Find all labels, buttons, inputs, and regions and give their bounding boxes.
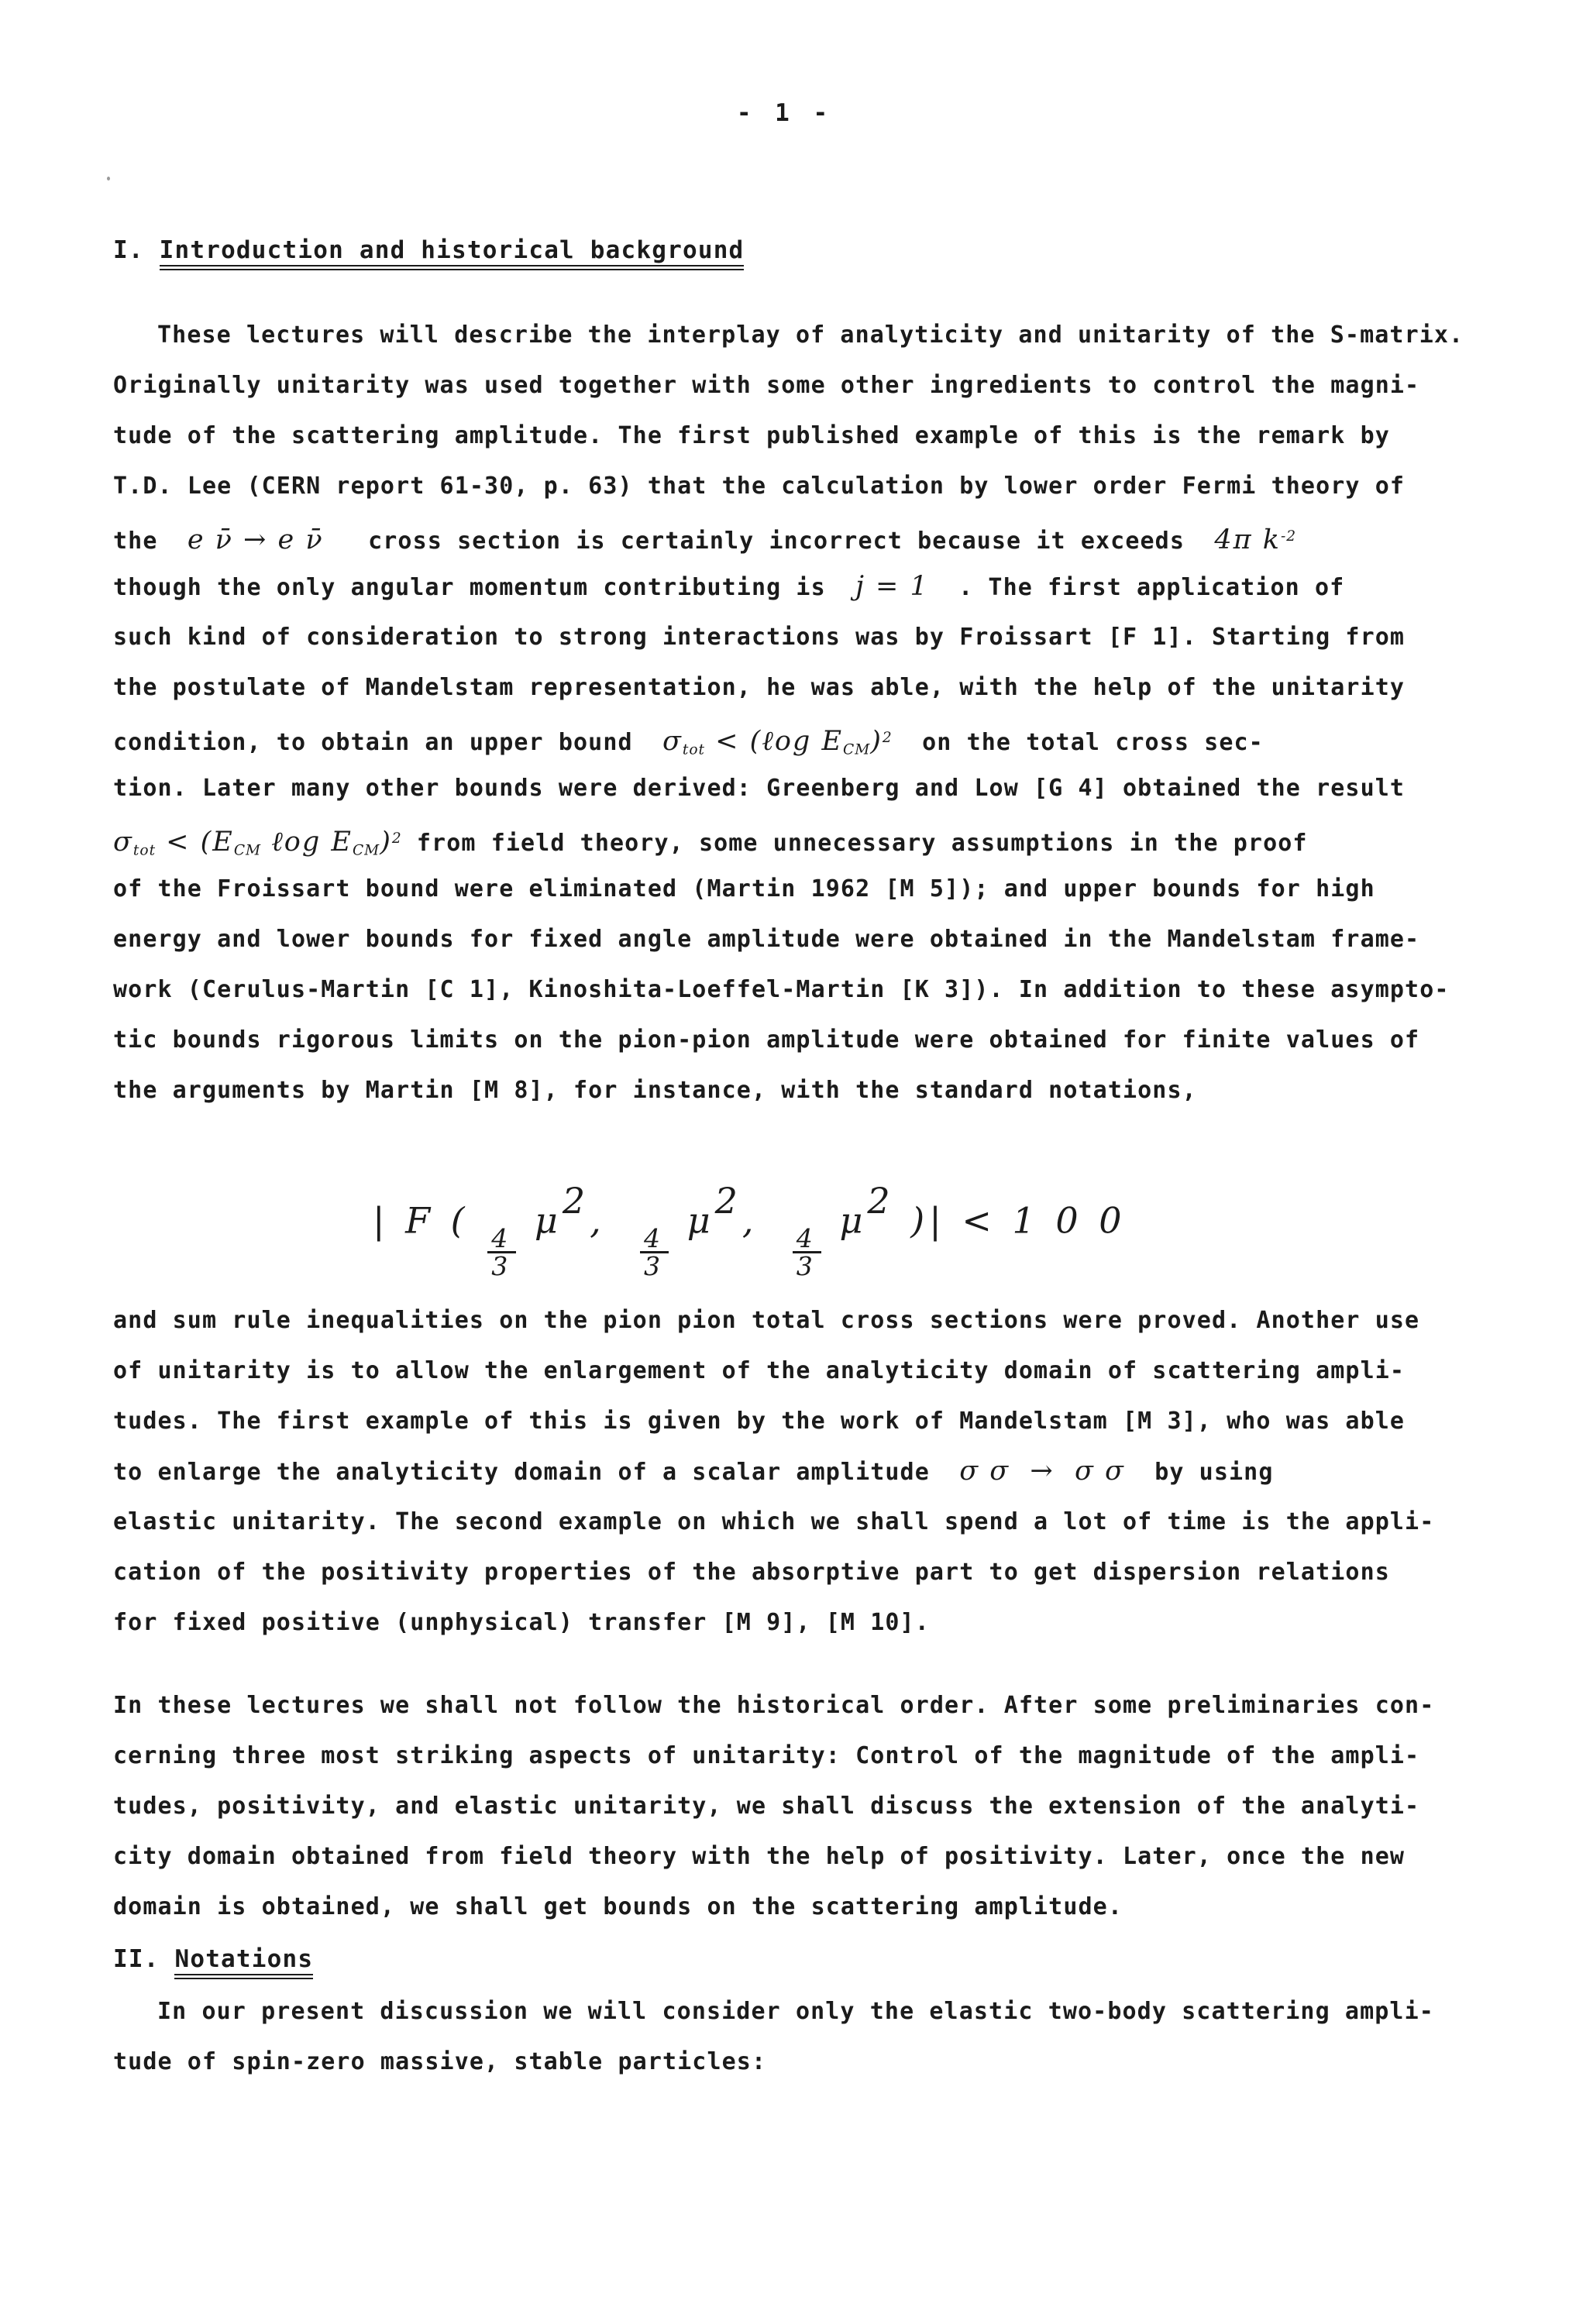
section-heading: II. Notations [113,1932,1477,1986]
text-run: cerning three most striking aspects of u… [113,1742,1419,1769]
document-content: I. Introduction and historical backgroun… [113,223,1477,2087]
text-run: of the Froissart bound were eliminated (… [113,875,1375,902]
scan-speck [107,177,110,180]
text-line: T.D. Lee (CERN report 61-30, p. 63) that… [113,461,1477,511]
text-line: tion. Later many other bounds were deriv… [113,763,1477,813]
math-run: -2 [1281,528,1296,545]
math-run: < (ℓog E [705,726,843,757]
text-line: domain is obtained, we shall get bounds … [113,1882,1477,1932]
text-line: for fixed positive (unphysical) transfer… [113,1597,1477,1648]
text-run: such kind of consideration to strong int… [113,624,1405,651]
text-run: and sum rule inequalities on the pion pi… [113,1307,1419,1334]
text-run: tudes. The first example of this is give… [113,1408,1405,1435]
text-line: the e ν̄ → e ν̄ cross section is certain… [113,511,1477,562]
math-run: 2 [392,830,402,847]
text-run: cross section is certainly incorrect bec… [324,528,1215,555]
fraction: 43 [487,1226,516,1281]
fraction-denominator: 3 [640,1253,669,1280]
math-run: , [590,1199,638,1241]
text-line: In our present discussion we will consid… [113,1986,1477,2037]
text-run: on the total cross sec- [893,729,1264,756]
text-run: These lectures will describe the interpl… [157,321,1464,349]
text-run: . The first application of [929,574,1345,601]
math-run: tot [683,741,705,758]
paragraph: These lectures will describe the interpl… [113,310,1477,1116]
fraction: 43 [793,1226,821,1281]
math-run: σ [113,827,133,858]
text-line: elastic unitarity. The second example on… [113,1497,1477,1547]
math-run: ) [870,726,883,757]
text-line: Originally unitarity was used together w… [113,360,1477,411]
section-heading: I. Introduction and historical backgroun… [113,223,1477,277]
math-run: ℓog E [261,827,353,858]
math-run: μ [518,1199,563,1241]
fraction-denominator: 3 [793,1253,821,1280]
text-line: such kind of consideration to strong int… [113,612,1477,662]
text-line: though the only angular momentum contrib… [113,562,1477,612]
math-run: ) [380,827,392,858]
text-run: T.D. Lee (CERN report 61-30, p. 63) that… [113,473,1405,500]
text-line: and sum rule inequalities on the pion pi… [113,1295,1477,1346]
math-run: 2 [867,1180,894,1222]
math-run: CM [234,842,261,858]
math-run: CM [353,842,380,858]
text-line: city domain obtained from field theory w… [113,1831,1477,1882]
display-formula: | F ( 43 μ2, 43 μ2, 43 μ2 )| < 1 0 0 [113,1150,1477,1252]
text-run: of unitarity is to allow the enlargement… [113,1357,1405,1384]
text-run: city domain obtained from field theory w… [113,1843,1405,1870]
text-line: condition, to obtain an upper bound σtot… [113,713,1477,763]
text-line: In these lectures we shall not follow th… [113,1680,1477,1731]
text-run: the postulate of Mandelstam representati… [113,674,1405,701]
text-run: tude of the scattering amplitude. The fi… [113,422,1390,449]
text-line: of unitarity is to allow the enlargement… [113,1346,1477,1396]
text-run: tic bounds rigorous limits on the pion-p… [113,1026,1419,1054]
text-line: cation of the positivity properties of t… [113,1547,1477,1597]
fraction-numerator: 4 [640,1226,669,1254]
math-run: tot [133,842,156,858]
paragraph: In our present discussion we will consid… [113,1986,1477,2087]
fraction: 43 [640,1226,669,1281]
math-run: 2 [715,1180,742,1222]
text-line: cerning three most striking aspects of u… [113,1731,1477,1781]
math-run: σ σ → σ σ [959,1456,1125,1487]
text-run: energy and lower bounds for fixed angle … [113,926,1419,953]
text-run: the [113,528,188,555]
section-title: Introduction and historical background [160,236,745,270]
fraction-denominator: 3 [487,1253,516,1280]
paragraph: In these lectures we shall not follow th… [113,1680,1477,1932]
text-run: In our present discussion we will consid… [157,1998,1434,2025]
text-line: to enlarge the analyticity domain of a s… [113,1446,1477,1497]
fraction-numerator: 4 [487,1226,516,1254]
math-run: )| < 1 0 0 [895,1199,1127,1241]
math-run: σ [662,726,683,757]
section-title: Notations [174,1945,313,1979]
math-run: μ [671,1199,715,1241]
text-run: the arguments by Martin [M 8], for insta… [113,1077,1197,1104]
page-number: - 1 - [0,99,1569,127]
text-line: tude of the scattering amplitude. The fi… [113,411,1477,461]
text-run: tude of spin-zero massive, stable partic… [113,2048,766,2075]
math-run: 2 [563,1180,590,1222]
math-run: < (E [156,827,234,858]
text-line: tude of spin-zero massive, stable partic… [113,2037,1477,2087]
text-run: cation of the positivity properties of t… [113,1559,1390,1586]
text-line: energy and lower bounds for fixed angle … [113,914,1477,964]
text-run: tion. Later many other bounds were deriv… [113,775,1405,802]
text-line: tudes, positivity, and elastic unitarity… [113,1781,1477,1831]
text-run: condition, to obtain an upper bound [113,729,662,756]
text-run: domain is obtained, we shall get bounds … [113,1893,1123,1920]
text-line: These lectures will describe the interpl… [113,310,1477,360]
text-run: work (Cerulus-Martin [C 1], Kinoshita-Lo… [113,976,1450,1003]
section-numeral: II. [113,1945,160,1973]
fraction-numerator: 4 [793,1226,821,1254]
text-run: Originally unitarity was used together w… [113,372,1419,399]
math-run: e ν̄ → e ν̄ [188,524,324,555]
math-run: , [742,1199,790,1241]
text-run: tudes, positivity, and elastic unitarity… [113,1793,1419,1820]
text-line: the postulate of Mandelstam representati… [113,662,1477,713]
section-numeral: I. [113,236,144,264]
text-line: tudes. The first example of this is give… [113,1396,1477,1446]
math-run: μ [824,1199,868,1241]
math-run: 2 [883,730,893,746]
text-run: though the only angular momentum contrib… [113,574,855,601]
text-run: by using [1125,1459,1274,1486]
text-line: tic bounds rigorous limits on the pion-p… [113,1015,1477,1065]
text-run: In these lectures we shall not follow th… [113,1692,1434,1719]
text-line: of the Froissart bound were eliminated (… [113,864,1477,914]
paragraph: and sum rule inequalities on the pion pi… [113,1295,1477,1648]
math-run: j = 1 [855,571,929,602]
text-run: from field theory, some unnecessary assu… [402,830,1308,857]
text-line: the arguments by Martin [M 8], for insta… [113,1065,1477,1116]
text-line: σtot < (ECM ℓog ECM)2 from field theory,… [113,813,1477,864]
text-run: elastic unitarity. The second example on… [113,1508,1434,1535]
math-run: | F ( [373,1199,485,1241]
document-page: - 1 - I. Introduction and historical bac… [0,0,1569,2324]
math-run: 4π k [1214,524,1281,555]
text-run: for fixed positive (unphysical) transfer… [113,1609,930,1636]
math-run: CM [843,741,870,758]
text-run: to enlarge the analyticity domain of a s… [113,1459,959,1486]
text-line: work (Cerulus-Martin [C 1], Kinoshita-Lo… [113,964,1477,1015]
